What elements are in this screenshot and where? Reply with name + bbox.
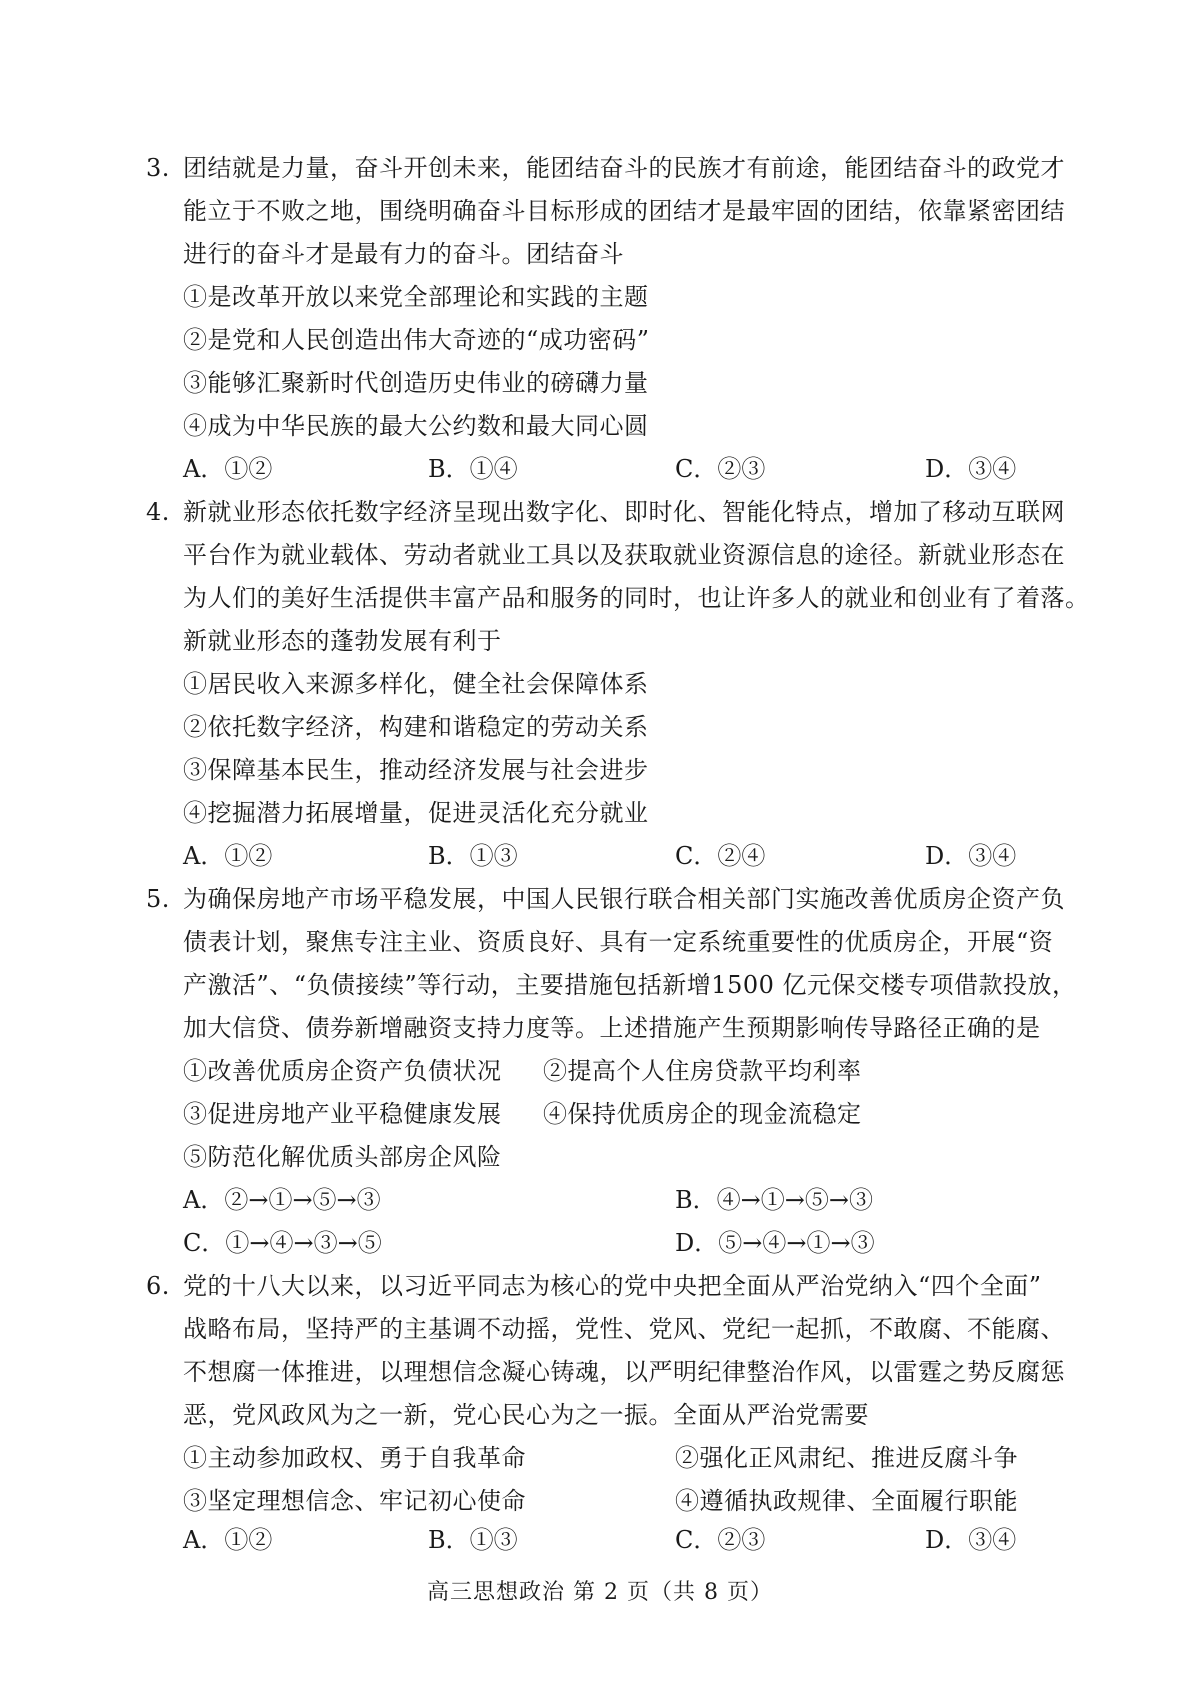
choice-c: C．②③ bbox=[675, 1525, 765, 1555]
choice-b: B．①④ bbox=[428, 454, 518, 484]
question-number: 3. bbox=[146, 153, 170, 183]
question-stem-line: 加大信贷、债券新增融资支持力度等。上述措施产生预期影响传导路径正确的是 bbox=[183, 1013, 1041, 1043]
statement: ③能够汇聚新时代创造历史伟业的磅礴力量 bbox=[183, 368, 649, 398]
statement: ④遵循执政规律、全面履行职能 bbox=[675, 1486, 1018, 1516]
choice-b: B．④→①→⑤→③ bbox=[675, 1185, 873, 1215]
statement: ③促进房地产业平稳健康发展 bbox=[183, 1099, 502, 1129]
choice-b: B．①③ bbox=[428, 1525, 518, 1555]
choice-d: D．⑤→④→①→③ bbox=[675, 1228, 875, 1258]
question-stem-line: 战略布局，坚持严的主基调不动摇，党性、党风、党纪一起抓，不敢腐、不能腐、 bbox=[183, 1314, 1065, 1344]
question-stem-line: 新就业形态依托数字经济呈现出数字化、即时化、智能化特点，增加了移动互联网 bbox=[183, 497, 1065, 527]
question-stem-line: 产激活”、“负债接续”等行动，主要措施包括新增1500 亿元保交楼专项借款投放， bbox=[183, 970, 1077, 1000]
statement: ③坚定理想信念、牢记初心使命 bbox=[183, 1486, 526, 1516]
question-stem-line: 党的十八大以来，以习近平同志为核心的党中央把全面从严治党纳入“四个全面” bbox=[183, 1271, 1042, 1301]
question-stem-line: 平台作为就业载体、劳动者就业工具以及获取就业资源信息的途径。新就业形态在 bbox=[183, 540, 1065, 570]
statement: ①改善优质房企资产负债状况 bbox=[183, 1056, 502, 1086]
question-stem-line: 不想腐一体推进，以理想信念凝心铸魂，以严明纪律整治作风，以雷霆之势反腐惩 bbox=[183, 1357, 1065, 1387]
question-stem-line: 为确保房地产市场平稳发展，中国人民银行联合相关部门实施改善优质房企资产负 bbox=[183, 884, 1065, 914]
question-stem-line: 能立于不败之地，围绕明确奋斗目标形成的团结才是最牢固的团结，依靠紧密团结 bbox=[183, 196, 1065, 226]
choice-c: C．②④ bbox=[675, 841, 765, 871]
question-number: 4. bbox=[146, 497, 170, 527]
question-stem-line: 债表计划，聚焦专注主业、资质良好、具有一定系统重要性的优质房企，开展“资 bbox=[183, 927, 1053, 957]
question-stem-line: 为人们的美好生活提供丰富产品和服务的同时，也让许多人的就业和创业有了着落。 bbox=[183, 583, 1090, 613]
statement: ④成为中华民族的最大公约数和最大同心圆 bbox=[183, 411, 649, 441]
statement: ①是改革开放以来党全部理论和实践的主题 bbox=[183, 282, 649, 312]
question-stem-line: 团结就是力量，奋斗开创未来，能团结奋斗的民族才有前途，能团结奋斗的政党才 bbox=[183, 153, 1065, 183]
choice-d: D．③④ bbox=[925, 1525, 1016, 1555]
statement: ②强化正风肃纪、推进反腐斗争 bbox=[675, 1443, 1018, 1473]
question-number: 6. bbox=[146, 1271, 170, 1301]
question-number: 5. bbox=[146, 884, 170, 914]
statement: ①居民收入来源多样化，健全社会保障体系 bbox=[183, 669, 649, 699]
question-stem-line: 新就业形态的蓬勃发展有利于 bbox=[183, 626, 502, 656]
choice-b: B．①③ bbox=[428, 841, 518, 871]
choice-a: A．①② bbox=[183, 841, 272, 871]
statement: ①主动参加政权、勇于自我革命 bbox=[183, 1443, 526, 1473]
statement: ②提高个人住房贷款平均利率 bbox=[543, 1056, 862, 1086]
statement: ④保持优质房企的现金流稳定 bbox=[543, 1099, 862, 1129]
choice-d: D．③④ bbox=[925, 841, 1016, 871]
statement: ②依托数字经济，构建和谐稳定的劳动关系 bbox=[183, 712, 649, 742]
question-stem-line: 恶，党风政风为之一新，党心民心为之一振。全面从严治党需要 bbox=[183, 1400, 869, 1430]
statement: ②是党和人民创造出伟大奇迹的“成功密码” bbox=[183, 325, 650, 355]
choice-c: C．①→④→③→⑤ bbox=[183, 1228, 382, 1258]
statement: ④挖掘潜力拓展增量，促进灵活化充分就业 bbox=[183, 798, 649, 828]
choice-a: A．①② bbox=[183, 454, 272, 484]
choice-a: A．①② bbox=[183, 1525, 272, 1555]
choice-c: C．②③ bbox=[675, 454, 765, 484]
statement: ③保障基本民生，推动经济发展与社会进步 bbox=[183, 755, 649, 785]
choice-a: A．②→①→⑤→③ bbox=[183, 1185, 381, 1215]
exam-page: 3. 团结就是力量，奋斗开创未来，能团结奋斗的民族才有前途，能团结奋斗的政党才 … bbox=[0, 0, 1200, 1698]
choice-d: D．③④ bbox=[925, 454, 1016, 484]
question-stem-line: 进行的奋斗才是最有力的奋斗。团结奋斗 bbox=[183, 239, 624, 269]
statement: ⑤防范化解优质头部房企风险 bbox=[183, 1142, 502, 1172]
page-footer: 高三思想政治 第 2 页（共 8 页） bbox=[0, 1578, 1200, 1608]
